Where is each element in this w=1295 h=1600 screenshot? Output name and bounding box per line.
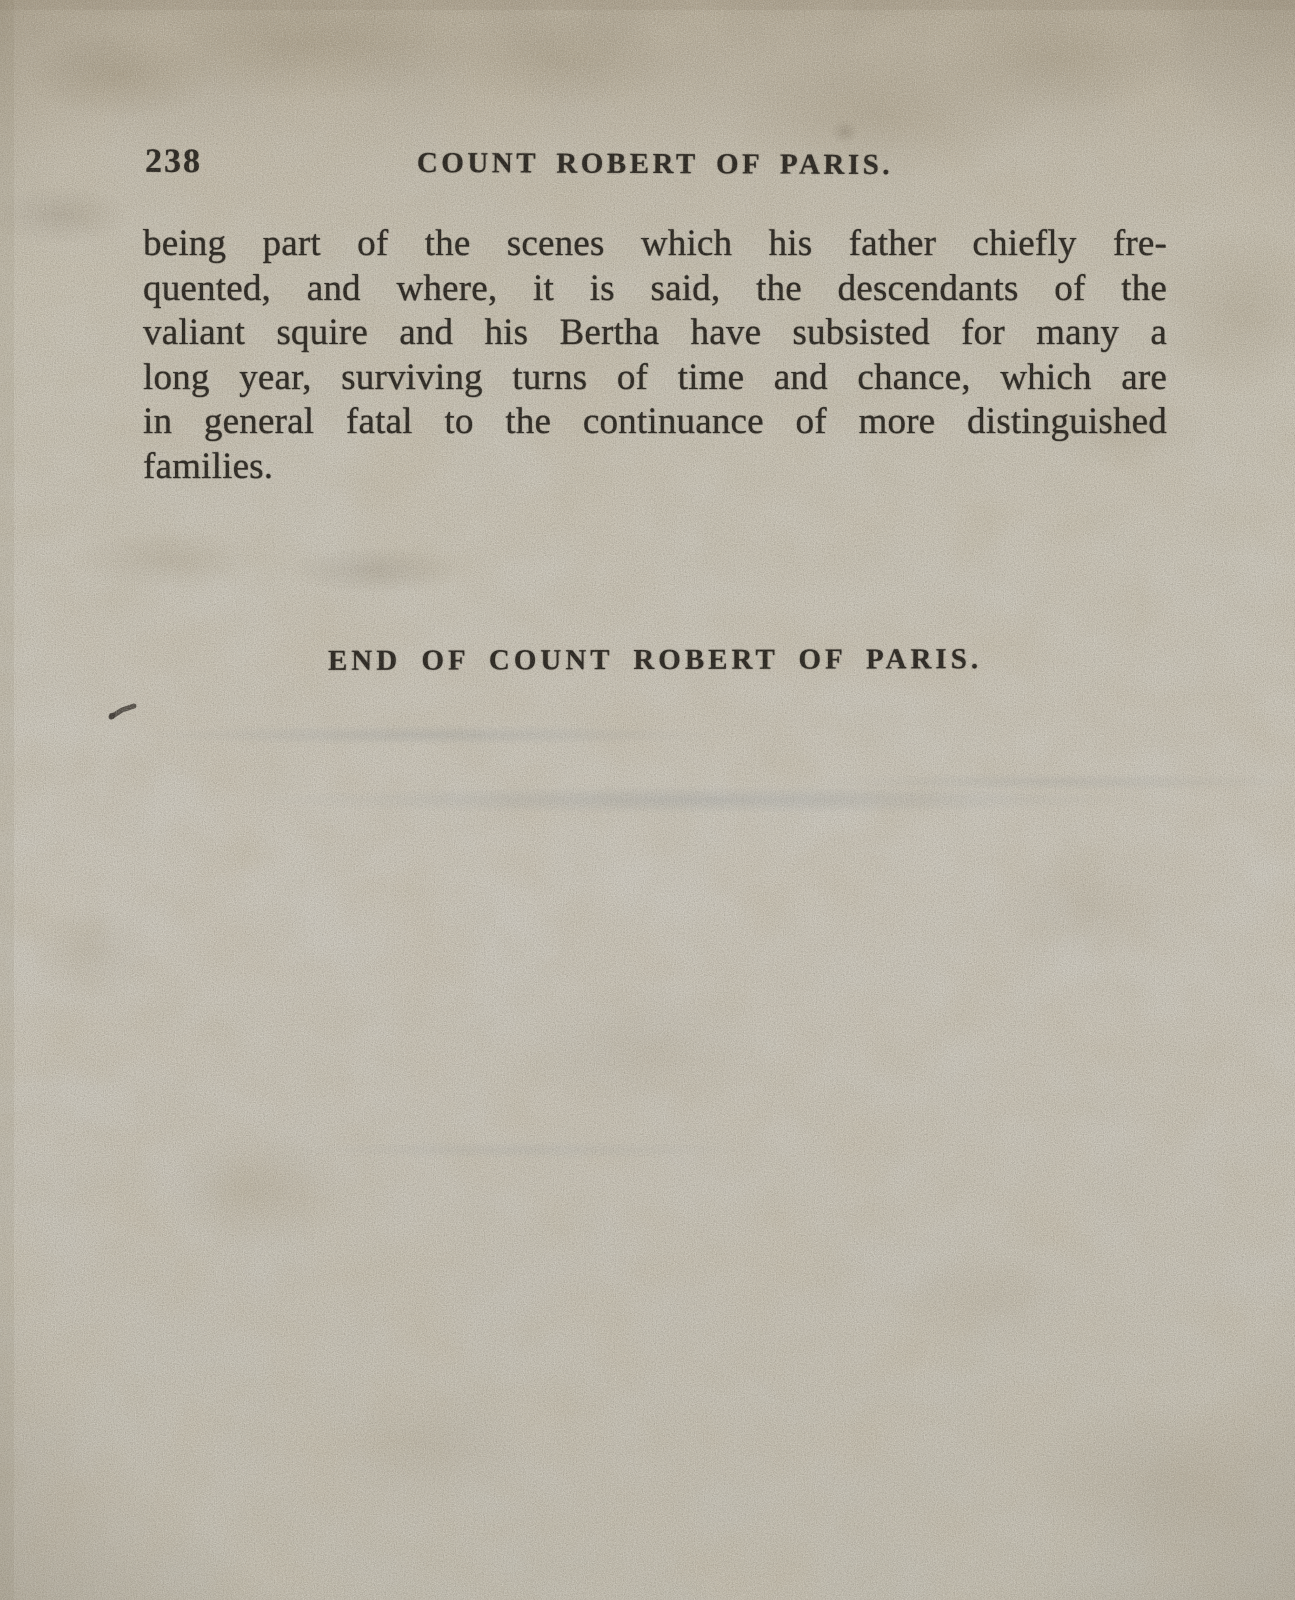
- body-line: families.: [143, 445, 1167, 490]
- page-header: 238 COUNT ROBERT OF PARIS.: [143, 141, 1167, 189]
- body-line: being part of the scenes which his fathe…: [143, 222, 1167, 267]
- body-line: quented, and where, it is said, the desc…: [143, 267, 1167, 312]
- book-page: 238 COUNT ROBERT OF PARIS. being part of…: [0, 0, 1295, 1600]
- running-header: COUNT ROBERT OF PARIS.: [417, 142, 893, 182]
- page-number: 238: [145, 143, 202, 181]
- body-line: valiant squire and his Bertha have subsi…: [143, 311, 1167, 356]
- body-paragraph: being part of the scenes which his fathe…: [143, 222, 1167, 490]
- printed-content: 238 COUNT ROBERT OF PARIS. being part of…: [0, 0, 1295, 1600]
- body-line: in general fatal to the continuance of m…: [143, 400, 1167, 445]
- body-line: long year, surviving turns of time and c…: [143, 356, 1167, 401]
- end-notice: END OF COUNT ROBERT OF PARIS.: [143, 643, 1167, 679]
